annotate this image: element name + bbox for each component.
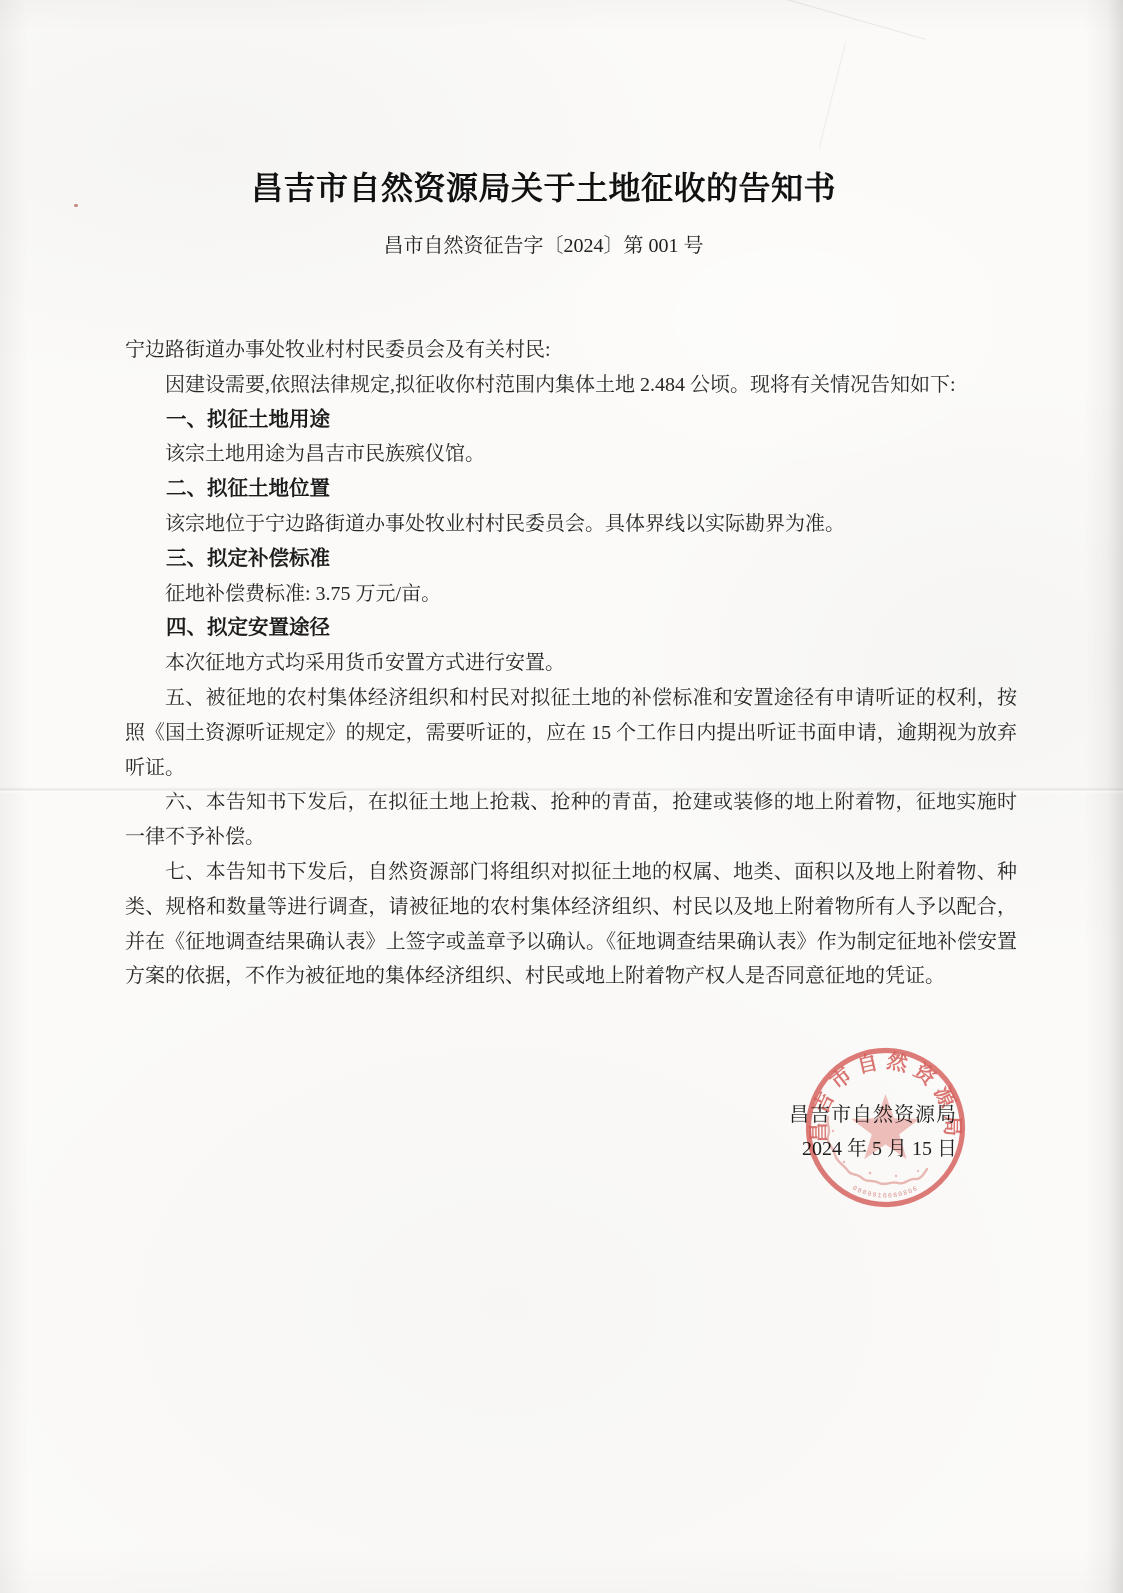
section-3-heading: 三、拟定补偿标准: [125, 542, 1017, 577]
section-2-body: 该宗地位于宁边路街道办事处牧业村村民委员会。具体界线以实际勘界为准。: [125, 507, 1017, 542]
section-4-body: 本次征地方式均采用货币安置方式进行安置。: [125, 646, 1017, 681]
section-4-heading: 四、拟定安置途径: [125, 611, 1017, 646]
document-body: 宁边路街道办事处牧业村村民委员会及有关村民: 因建设需要,依照法律规定,拟征收你…: [125, 333, 1017, 994]
section-1-body: 该宗土地用途为昌吉市民族殡仪馆。: [125, 437, 1017, 472]
scanned-document-page: 昌吉市自然资源局关于土地征收的告知书 昌市自然资征告字〔2024〕第 001 号…: [0, 0, 1123, 1593]
paragraph-7: 七、本告知书下发后，自然资源部门将组织对拟征土地的权属、地类、面积以及地上附着物…: [125, 855, 1017, 994]
seal-star-icon: [851, 1094, 919, 1159]
document-header: 昌吉市自然资源局关于土地征收的告知书 昌市自然资征告字〔2024〕第 001 号: [0, 163, 1087, 258]
paper-speck: [74, 204, 78, 207]
official-seal: 昌吉市自然资源局 0888016080806: [800, 1042, 971, 1213]
section-3-body: 征地补偿费标准: 3.75 万元/亩。: [125, 577, 1017, 612]
top-right-crease: [781, 0, 925, 40]
salutation: 宁边路街道办事处牧业村村民委员会及有关村民:: [125, 333, 1017, 368]
section-2-heading: 二、拟征土地位置: [125, 472, 1017, 507]
right-edge-shadow: [1107, 0, 1123, 1593]
top-crease: [819, 42, 847, 149]
paragraph-6: 六、本告知书下发后，在拟征土地上抢栽、抢种的青苗，抢建或装修的地上附着物，征地实…: [125, 785, 1017, 855]
seal-code: 0888016080806: [851, 1185, 919, 1200]
paragraph-5: 五、被征地的农村集体经济组织和村民对拟征土地的补偿标准和安置途径有申请听证的权利…: [125, 681, 1017, 785]
document-title: 昌吉市自然资源局关于土地征收的告知书: [0, 163, 1087, 209]
section-1-heading: 一、拟征土地用途: [125, 403, 1017, 438]
intro-paragraph: 因建设需要,依照法律规定,拟征收你村范围内集体土地 2.484 公顷。现将有关情…: [125, 368, 1017, 403]
horizontal-fold-crease: [0, 787, 1123, 794]
document-number: 昌市自然资征告字〔2024〕第 001 号: [0, 229, 1087, 258]
